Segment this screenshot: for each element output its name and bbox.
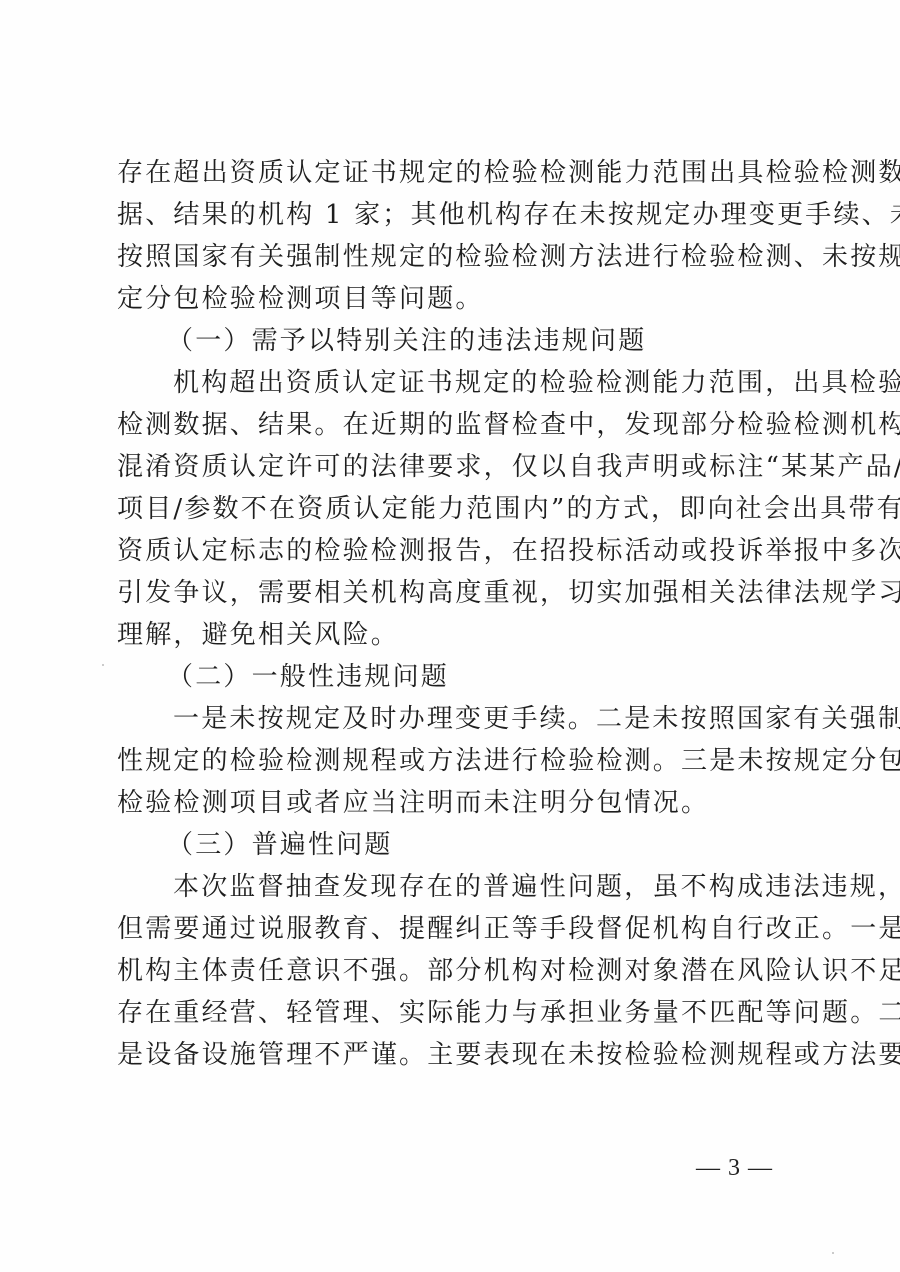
paragraph-line: 但需要通过说服教育、提醒纠正等手段督促机构自行改正。一是 <box>117 908 801 950</box>
section-heading-1: （一）需予以特别关注的违法违规问题 <box>117 320 801 362</box>
document-page: 存在超出资质认定证书规定的检验检测能力范围出具检验检测数 据、结果的机构 1 家… <box>0 0 900 1272</box>
paragraph-line: 项目/参数不在资质认定能力范围内”的方式，即向社会出具带有 <box>117 488 801 530</box>
paragraph-line: 据、结果的机构 1 家；其他机构存在未按规定办理变更手续、未 <box>117 194 801 236</box>
document-body: 存在超出资质认定证书规定的检验检测能力范围出具检验检测数 据、结果的机构 1 家… <box>117 152 801 1076</box>
paragraph-line: 引发争议，需要相关机构高度重视，切实加强相关法律法规学习 <box>117 572 801 614</box>
paragraph-line: 资质认定标志的检验检测报告，在招投标活动或投诉举报中多次 <box>117 530 801 572</box>
paragraph-line: 存在超出资质认定证书规定的检验检测能力范围出具检验检测数 <box>117 152 801 194</box>
scan-speck <box>832 1252 834 1254</box>
paragraph-line: 定分包检验检测项目等问题。 <box>117 278 801 320</box>
page-number: — 3 — <box>696 1152 773 1184</box>
paragraph-line: 是设备设施管理不严谨。主要表现在未按检验检测规程或方法要 <box>117 1034 801 1076</box>
paragraph-line: 机构超出资质认定证书规定的检验检测能力范围，出具检验 <box>117 362 801 404</box>
paragraph-line: 按照国家有关强制性规定的检验检测方法进行检验检测、未按规 <box>117 236 801 278</box>
paragraph-line: 理解，避免相关风险。 <box>117 614 801 656</box>
paragraph-line: 本次监督抽查发现存在的普遍性问题，虽不构成违法违规， <box>117 866 801 908</box>
paragraph-line: 性规定的检验检测规程或方法进行检验检测。三是未按规定分包 <box>117 740 801 782</box>
paragraph-line: 机构主体责任意识不强。部分机构对检测对象潜在风险认识不足， <box>117 950 801 992</box>
paragraph-line: 一是未按规定及时办理变更手续。二是未按照国家有关强制 <box>117 698 801 740</box>
paragraph-line: 存在重经营、轻管理、实际能力与承担业务量不匹配等问题。二 <box>117 992 801 1034</box>
paragraph-line: 检测数据、结果。在近期的监督检查中，发现部分检验检测机构 <box>117 404 801 446</box>
scan-speck <box>102 664 104 666</box>
section-heading-2: （二）一般性违规问题 <box>117 656 801 698</box>
section-heading-3: （三）普遍性问题 <box>117 824 801 866</box>
paragraph-line: 混淆资质认定许可的法律要求，仅以自我声明或标注“某某产品/ <box>117 446 801 488</box>
paragraph-line: 检验检测项目或者应当注明而未注明分包情况。 <box>117 782 801 824</box>
